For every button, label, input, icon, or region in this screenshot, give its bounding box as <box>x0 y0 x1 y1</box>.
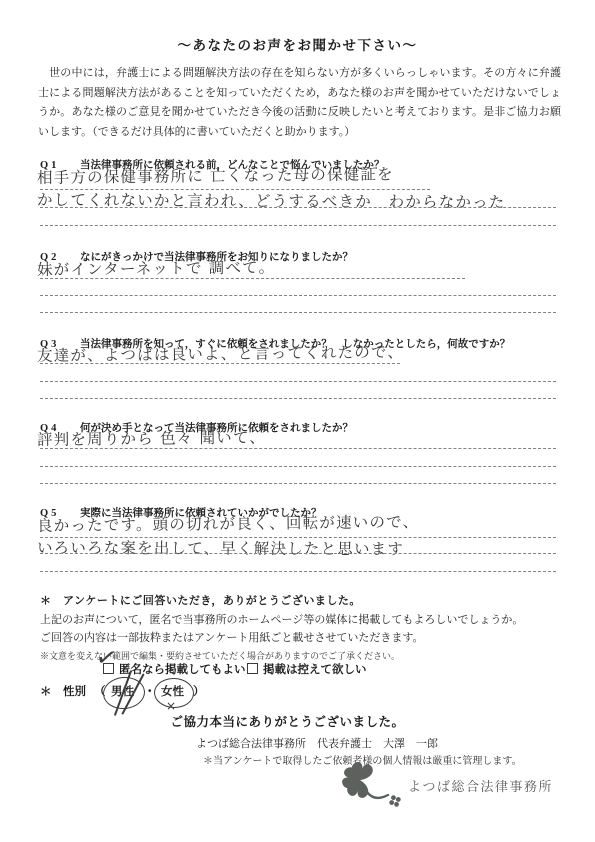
option-no-publish: 掲載は控えて欲しい <box>247 661 367 677</box>
answer-line <box>40 278 465 279</box>
question-block-q2: Q2なにがきっかけで当法律事務所をお知りになりましたか？ 妹がインターネットで … <box>40 249 556 331</box>
answer-line <box>40 225 556 226</box>
answer-line <box>40 553 556 554</box>
answer-line <box>40 207 556 208</box>
checkbox-no-publish[interactable] <box>247 663 258 674</box>
handwritten-answer: いろいろな案を出して、早く解決したと思います <box>37 536 404 559</box>
answer-line <box>40 466 556 467</box>
question-block-q1: Q1当法律事務所に依頼される前，どんなことで悩んでいましたか？ 相手方の保健事務… <box>40 157 556 239</box>
answer-line <box>40 398 556 399</box>
question-block-q4: Q4何が決め手となって当法律事務所に依頼をされましたか？ 評判を周りから 色々 … <box>40 420 556 502</box>
checkbox-no-publish-label: 掲載は控えて欲しい <box>263 664 367 676</box>
handwritten-answer: 相手方の保健事務所に 亡くなった母の保健証を <box>37 162 394 188</box>
answer-line <box>40 537 556 538</box>
survey-page: ～あなたのお声をお聞かせ下さい～ 世の中には，弁護士による問題解決方法の存在を知… <box>0 0 595 842</box>
handwritten-answer: 良かったです。頭の切れが良く、回転が速いので、 <box>37 510 419 536</box>
firm-logo <box>332 756 416 815</box>
answer-line <box>40 189 430 190</box>
gender-asterisk: ＊ <box>40 683 52 699</box>
page-title: ～あなたのお声をお聞かせ下さい～ <box>0 34 595 54</box>
answer-line <box>40 312 556 313</box>
checkbox-anonymous-ok-label: 匿名なら掲載してもよい <box>119 664 246 676</box>
answer-line <box>40 363 400 364</box>
handwritten-answer: かしてくれないかと言われ、どうするべきか わからなかった <box>37 188 506 212</box>
firm-signature: よつば総合法律事務所 代表弁護士 大澤 一郎 <box>196 735 438 751</box>
consent-line-1: 上記のお声について，匿名で当事務所のホームページ等の媒体に掲載してもよろしいでし… <box>40 611 523 627</box>
handwritten-answer: 妹がインターネットで 調べて。 <box>37 256 275 280</box>
female-small-x-mark: × <box>166 699 176 713</box>
option-anonymous-ok: 匿名なら掲載してもよい <box>103 661 246 677</box>
question-block-q3: Q3当法律事務所を知って，すぐに依頼をされましたか？ しなかったとしたら，何故で… <box>40 336 556 418</box>
answer-line <box>40 483 556 484</box>
clover-icon <box>332 756 416 810</box>
consent-thanks: ＊ アンケートにご回答いただき，ありがとうございました。 <box>40 592 361 608</box>
gender-label: 性別 <box>63 683 86 699</box>
answer-line <box>40 448 556 449</box>
closing-thanks: ご協力本当にありがとうございました。 <box>0 712 575 730</box>
consent-line-2: ご回答の内容は一部抜粋またはアンケート用紙ごと載せさせていただきます。 <box>40 629 423 645</box>
answer-line <box>40 295 556 296</box>
intro-paragraph: 世の中には，弁護士による問題解決方法の存在を知らない方が多くいらっしゃいます。そ… <box>38 64 561 143</box>
answer-line <box>40 381 556 382</box>
answer-line <box>40 571 556 572</box>
handwritten-answer: 評判を周りから 色々 聞いて、 <box>37 426 266 450</box>
question-block-q5: Q5実際に当法律事務所に依頼されていかがでしたか？ 良かったです。頭の切れが良く… <box>40 505 556 587</box>
gender-paren-close: ） <box>193 683 205 699</box>
firm-logo-text: よつば総合法律事務所 <box>408 776 553 795</box>
